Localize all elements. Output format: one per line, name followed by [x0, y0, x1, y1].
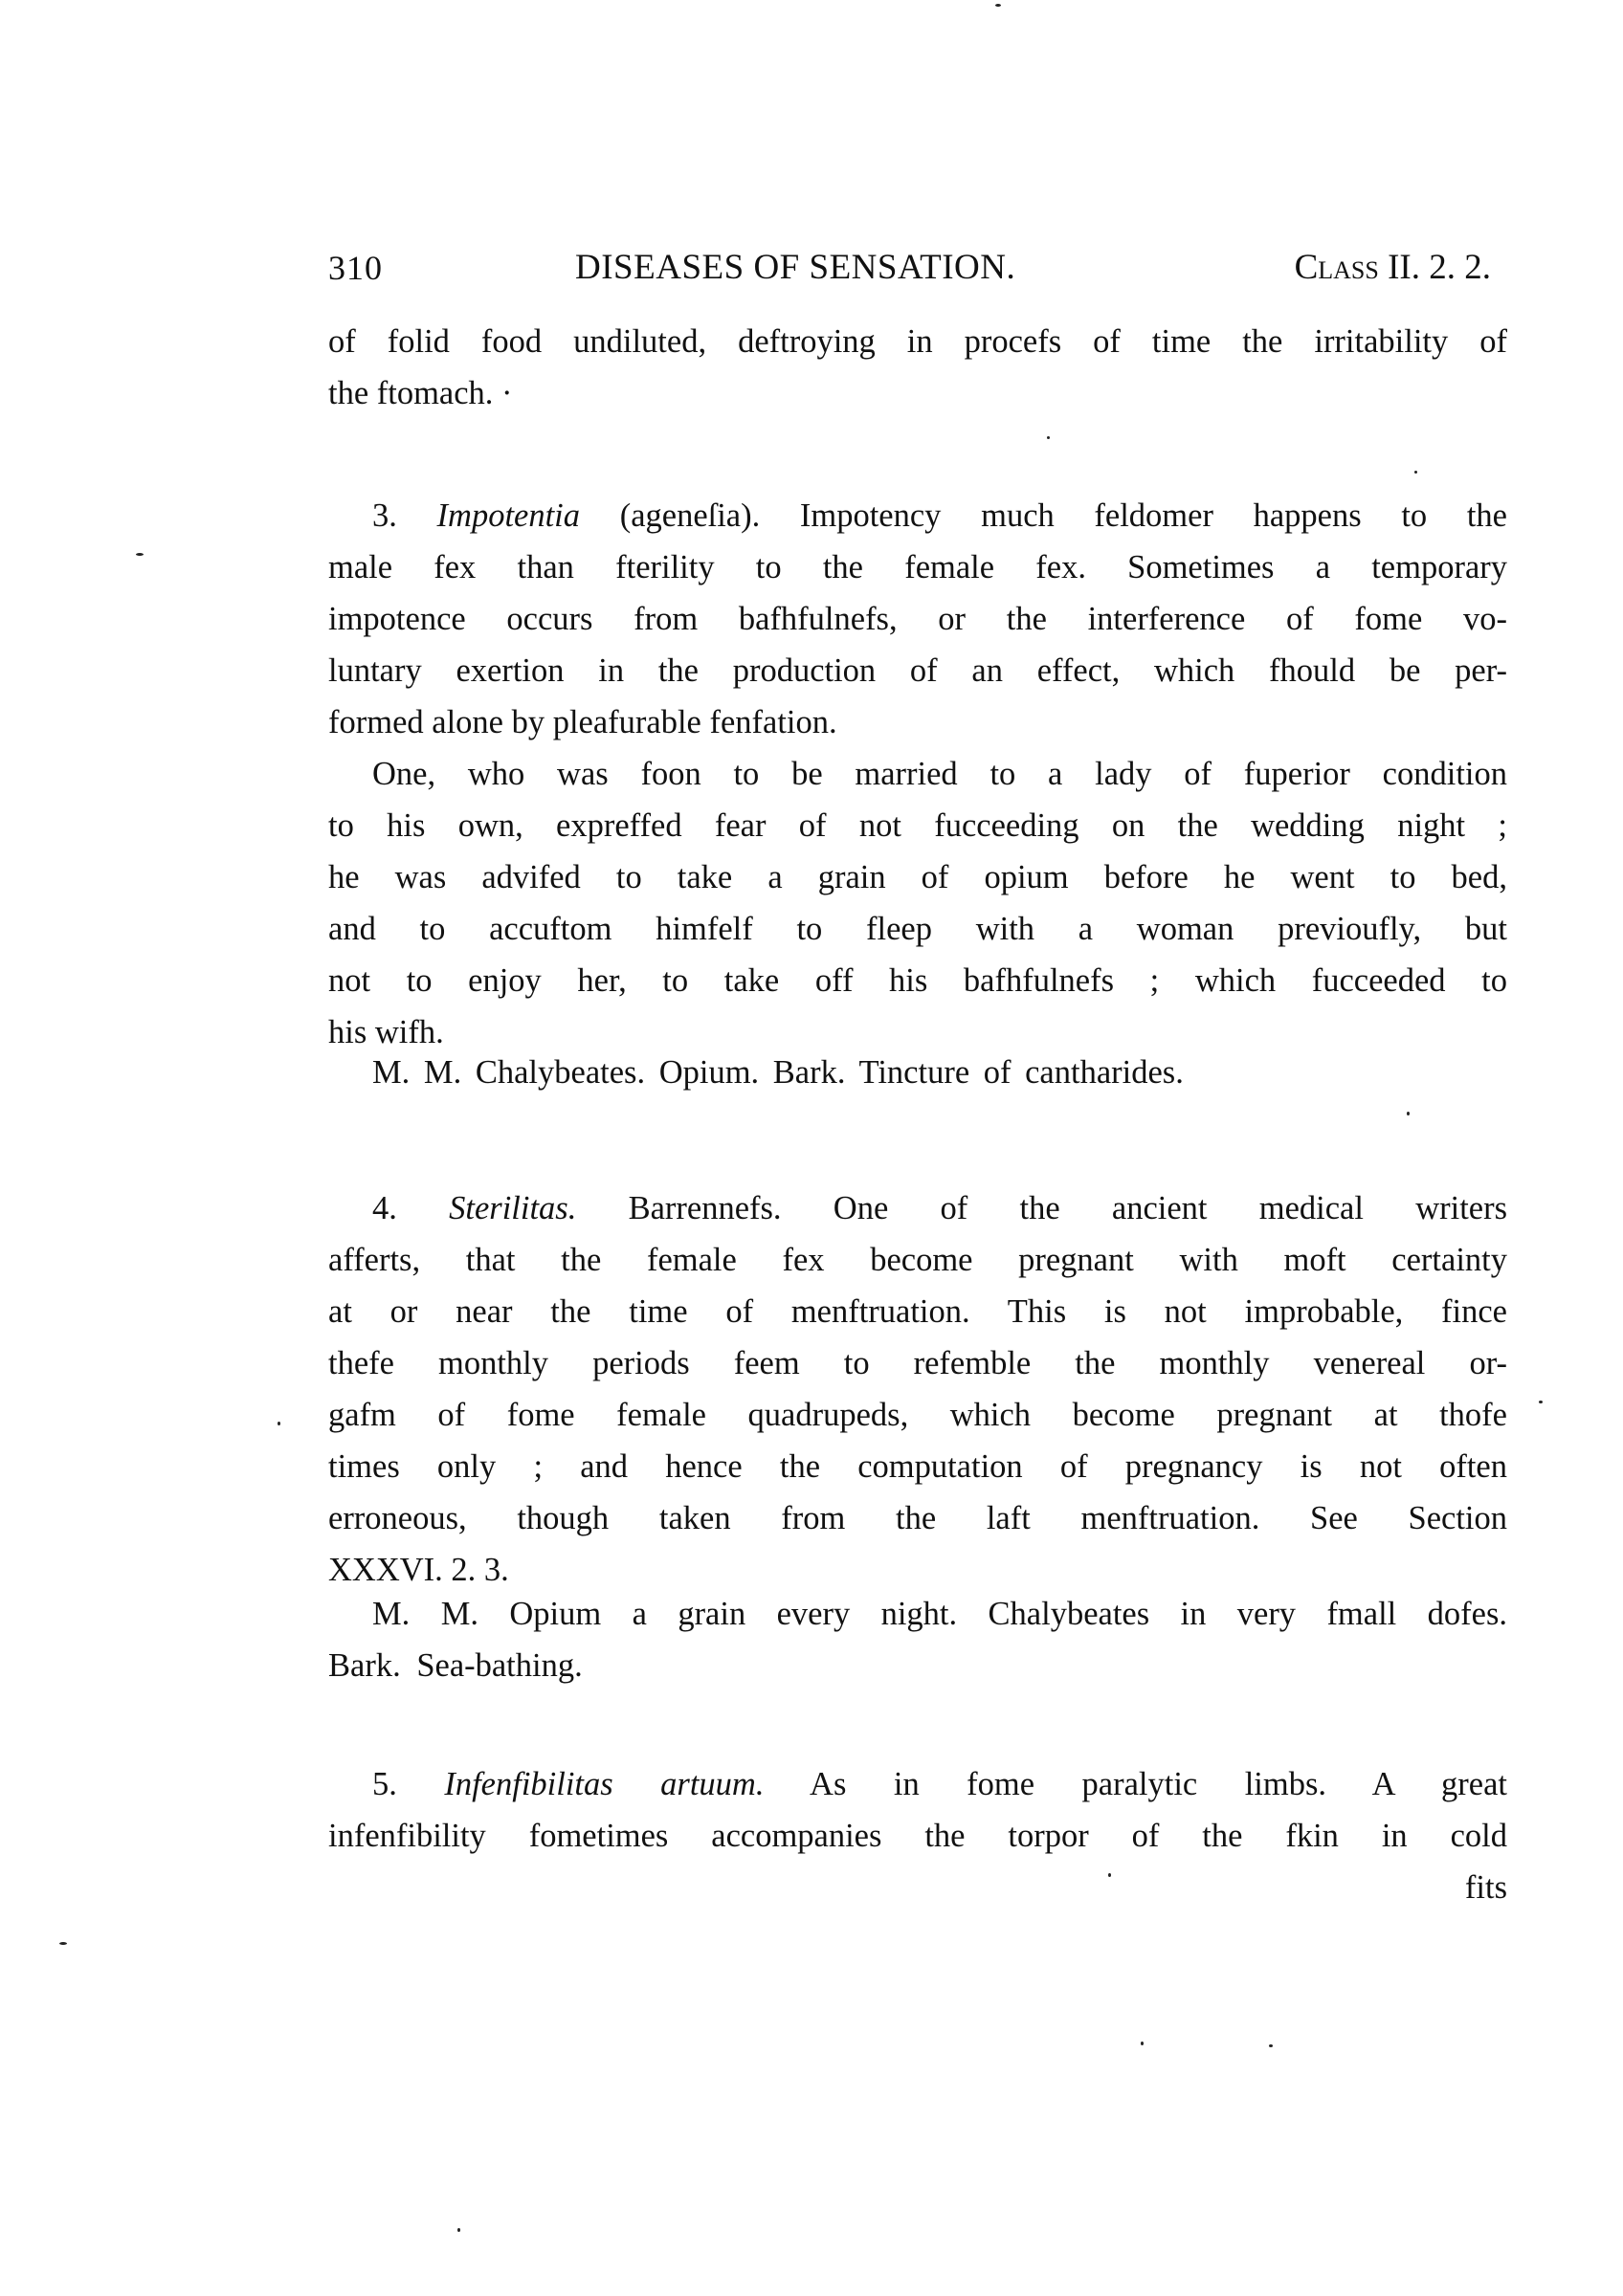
- materia-medica-impotentia: M. M. Chalybeates. Opium. Bark. Tincture…: [328, 1047, 1507, 1098]
- section-impotentia: 3. Impotentia (ageneſia). Impotency much…: [328, 490, 1507, 748]
- text-line: not to enjoy her, to take off his bafhfu…: [328, 955, 1507, 1006]
- section-term: Sterilitas.: [449, 1190, 576, 1226]
- section-number: 4.: [372, 1190, 397, 1226]
- section-sterilitas: 4. Sterilitas. Barrennefs. One of the an…: [328, 1182, 1507, 1596]
- section-heading-line: 5. Infenfibilitas artuum. As in fome par…: [328, 1758, 1507, 1810]
- class-reference: Class II. 2. 2.: [1295, 241, 1491, 295]
- text-line: at or near the time of menftruation. Thi…: [328, 1286, 1507, 1337]
- catchword: fits: [328, 1862, 1507, 1913]
- text-run: (ageneſia). Impotency much feldomer happ…: [580, 497, 1507, 534]
- book-page: 310 DISEASES OF SENSATION. Class II. 2. …: [0, 0, 1623, 2296]
- section-heading-line: 4. Sterilitas. Barrennefs. One of the an…: [328, 1182, 1507, 1234]
- text-line: of folid food undiluted, deftroying in p…: [328, 316, 1507, 367]
- scan-speck: [1269, 2044, 1273, 2047]
- section-number: 5.: [372, 1766, 397, 1802]
- text-run: As in fome paralytic limbs. A great: [764, 1766, 1507, 1802]
- scan-speck: [1539, 1401, 1543, 1403]
- scan-speck: [59, 1942, 67, 1945]
- text-line: impotence occurs from bafhfulnefs, or th…: [328, 593, 1507, 645]
- section-insensibilitas-artuum: 5. Infenfibilitas artuum. As in fome par…: [328, 1758, 1507, 1913]
- text-line: afferts, that the female fex become preg…: [328, 1234, 1507, 1286]
- text-run: Barrennefs. One of the ancient medical w…: [576, 1190, 1507, 1226]
- scan-speck: [1108, 1873, 1111, 1877]
- text-line: he was advifed to take a grain of opium …: [328, 851, 1507, 903]
- section-term: Infenfibilitas artuum.: [444, 1766, 764, 1802]
- scan-speck: [1141, 2042, 1144, 2045]
- paragraph-case-anecdote: One, who was foon to be married to a lad…: [328, 748, 1507, 1058]
- text-line: One, who was foon to be married to a lad…: [328, 748, 1507, 800]
- text-line: gafm of fome female quadrupeds, which be…: [328, 1389, 1507, 1441]
- scan-speck: [995, 4, 1001, 7]
- scan-speck: [136, 553, 144, 556]
- text-line: male fex than fterility to the female fe…: [328, 541, 1507, 593]
- text-line: to his own, expreffed fear of not fuccee…: [328, 800, 1507, 851]
- scan-speck: [1414, 471, 1417, 474]
- text-line: thefe monthly periods feem to refemble t…: [328, 1337, 1507, 1389]
- scan-speck: [278, 1422, 280, 1425]
- section-term: Impotentia: [437, 497, 580, 534]
- page-number: 310: [328, 241, 383, 295]
- materia-medica-line: M. M. Opium a grain every night. Chalybe…: [328, 1588, 1507, 1640]
- section-heading-line: 3. Impotentia (ageneſia). Impotency much…: [328, 490, 1507, 541]
- text-line: luntary exertion in the production of an…: [328, 645, 1507, 696]
- running-head: 310 DISEASES OF SENSATION. Class II. 2. …: [328, 241, 1491, 295]
- continuation-paragraph: of folid food undiluted, deftroying in p…: [328, 316, 1507, 419]
- text-line: formed alone by pleafurable fenfation.: [328, 696, 1507, 748]
- running-title: DISEASES OF SENSATION.: [575, 241, 1015, 295]
- scan-speck: [1047, 436, 1050, 439]
- text-line: times only ; and hence the computation o…: [328, 1441, 1507, 1492]
- materia-medica-sterilitas: M. M. Opium a grain every night. Chalybe…: [328, 1588, 1507, 1691]
- text-line: and to accuftom himfelf to fleep with a …: [328, 903, 1507, 955]
- scan-speck: [457, 2228, 460, 2232]
- materia-medica-line: Bark. Sea-bathing.: [328, 1640, 1507, 1691]
- materia-medica-line: M. M. Chalybeates. Opium. Bark. Tincture…: [328, 1047, 1507, 1098]
- scan-speck: [1407, 1112, 1410, 1115]
- section-number: 3.: [372, 497, 397, 534]
- text-line: erroneous, though taken from the laft me…: [328, 1492, 1507, 1544]
- text-line: the ftomach. ·: [328, 367, 1507, 419]
- text-line: infenfibility fometimes accompanies the …: [328, 1810, 1507, 1862]
